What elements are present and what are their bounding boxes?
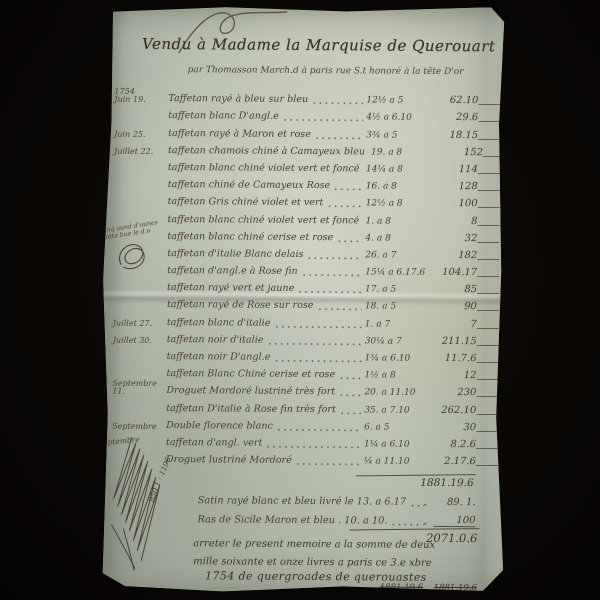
- row-amount: 8.2.6: [434, 439, 476, 450]
- ditto-mark: „: [423, 498, 428, 508]
- row-description: taffetan rayé vert et jaune: [167, 282, 294, 294]
- trailing-dash: [477, 236, 499, 244]
- row-date: Juillet 27.: [113, 319, 167, 327]
- row-description: taffetan rayé de Rose sur rose: [167, 299, 314, 311]
- row-description: taffetan rayé à Maron et rose: [168, 128, 311, 140]
- dot-leader: [338, 389, 361, 398]
- row-amount: 90: [435, 301, 477, 312]
- row-description: taffetan Gris chiné violet et vert: [168, 196, 324, 208]
- row-description: taffetan d'italie Blanc delais: [167, 248, 303, 260]
- row-amount: 12: [434, 370, 476, 381]
- dot-leader: [265, 440, 361, 450]
- row-description: taffetan d'angl.e à Rose fin: [167, 265, 298, 277]
- trailing-dash: [483, 150, 505, 158]
- ledger-row: Juillet 27.taffetan blanc d'italie1. a 7…: [113, 310, 499, 330]
- merchant-line: par Thomasson March.d à paris rue S.t ho…: [159, 65, 493, 77]
- ditto-mark: „: [423, 517, 428, 527]
- row-description: Droguet Mordoré lustriné très fort: [166, 385, 335, 397]
- extra-amount: 89. 1.: [434, 497, 476, 508]
- extra-desc: Ras de Sicile Maron et bleu . 10. a 10.: [197, 514, 387, 526]
- trailing-dash: [476, 459, 498, 467]
- row-description: taffetan noir d'italie: [167, 334, 264, 346]
- row-quantity-price: 1¼ a 6.10: [364, 439, 434, 449]
- row-description: taffetan blanc D'angl.e: [168, 110, 279, 122]
- dot-leader: [338, 371, 361, 380]
- row-amount: 114: [436, 164, 478, 175]
- row-quantity-price: 18. a 5: [365, 302, 435, 312]
- row-amount: 262.10: [434, 404, 476, 415]
- row-amount: 104.17: [435, 267, 477, 278]
- document-title: Vendu à Madame la Marquise de Querouart: [141, 35, 497, 55]
- subtotal-amount: 1881.19.6: [420, 477, 474, 489]
- dot-leader: [266, 337, 361, 347]
- trailing-dash: [478, 116, 500, 124]
- row-quantity-price: 4. a 8: [365, 233, 435, 243]
- ledger-row: Juin 25.taffetan rayé à Maron et rose3¾ …: [114, 121, 500, 141]
- row-quantity-price: 1. a 7: [365, 319, 435, 329]
- dot-leader: [336, 234, 362, 243]
- row-quantity-price: 20. a 11.10: [364, 388, 434, 398]
- dot-leader: [282, 113, 363, 123]
- trailing-dash: [476, 425, 498, 433]
- dot-leader: [276, 423, 361, 433]
- row-quantity-price: 19. a 8: [371, 147, 441, 157]
- row-description: taffetan blanc chiné violet vert et fonc…: [168, 214, 360, 226]
- dot-leader: [306, 251, 362, 260]
- row-description: taffetan chamois chiné à Camayeux bleu: [168, 145, 365, 157]
- row-amount: 230: [434, 387, 476, 398]
- ledger-row: taffetan rayé vert et jaune17. a 585: [113, 276, 499, 296]
- row-quantity-price: 26. a 7: [365, 250, 435, 260]
- dot-leader: [326, 199, 362, 208]
- row-amount: 29.6: [436, 112, 478, 123]
- trailing-dash: [478, 219, 500, 227]
- row-quantity-price: 6. a 5: [364, 422, 434, 432]
- row-description: taffetan D'italie à Rose fin très fort: [166, 403, 336, 415]
- trailing-dash: [478, 202, 500, 210]
- row-date: 1754 Juin 19.: [114, 88, 168, 104]
- trailing-dash: [478, 184, 500, 192]
- dot-leader: [362, 165, 363, 174]
- extra-row-satin: Satin rayé blanc et bleu livré le 13. a …: [198, 495, 476, 508]
- total-rule: [349, 528, 479, 530]
- row-quantity-price: 12½ a 8: [366, 199, 436, 209]
- row-quantity-price: 17. a 5: [365, 285, 435, 295]
- trailing-dash: [478, 98, 500, 106]
- row-amount: 62.10: [436, 95, 478, 106]
- row-quantity-price: 1½ a 8: [364, 371, 434, 381]
- row-description: Taffetan rayé à bleu sur bleu: [168, 93, 308, 105]
- row-amount: 85: [435, 284, 477, 295]
- row-date: Juin 25.: [114, 130, 168, 138]
- row-description: taffetan Blanc Chiné cerise et rose: [166, 368, 335, 380]
- trailing-dash: [477, 287, 499, 295]
- row-quantity-price: 12½ a 5: [366, 96, 436, 106]
- row-date: Septembre 11.: [112, 380, 166, 396]
- extra-amount: 100: [433, 515, 475, 527]
- struck-totals: 1881.19.6 1881.19.6: [372, 582, 477, 593]
- row-amount: 152: [441, 147, 483, 158]
- row-date: Juillet 30.: [113, 336, 167, 344]
- ledger-row: Juillet 22.taffetan chamois chiné à Cama…: [114, 138, 500, 158]
- row-amount: 182: [435, 250, 477, 261]
- trailing-dash: [478, 167, 500, 175]
- row-quantity-price: 1. a 8: [366, 216, 436, 226]
- row-quantity-price: 35. a 7.10: [364, 405, 434, 415]
- row-amount: 8: [436, 215, 478, 226]
- dot-leader: [339, 406, 361, 415]
- ledger-row: 1754 Juin 19.Taffetan rayé à bleu sur bl…: [114, 87, 500, 107]
- dot-leader: [362, 217, 363, 226]
- ledger-row: taffetan chiné de Camayeux Rose16. a 812…: [114, 173, 500, 193]
- ledger-row: Septembre 11.Droguet Mordoré lustriné tr…: [112, 379, 498, 399]
- manuscript-sheet: Vendu à Madame la Marquise de Querouart …: [101, 5, 507, 594]
- trailing-dash: [477, 339, 499, 347]
- dot-leader: [333, 182, 363, 191]
- trailing-dash: [477, 253, 499, 261]
- row-quantity-price: 1¾ a 6.10: [365, 353, 435, 363]
- trailing-dash: [476, 408, 498, 416]
- ledger-row: taffetan blanc D'angl.e4½ a 6.1029.6: [114, 104, 500, 124]
- dot-leader: [297, 285, 362, 294]
- row-description: taffetan blanc chiné violet vert et fonc…: [168, 162, 360, 174]
- row-description: taffetan blanc d'italie: [167, 317, 271, 329]
- dot-leader: [314, 131, 363, 140]
- trailing-dash: [477, 322, 499, 330]
- row-amount: 11.7.6: [435, 353, 477, 364]
- row-amount: 30: [434, 422, 476, 433]
- trailing-dash: [477, 270, 499, 278]
- row-quantity-price: 4½ a 6.10: [366, 113, 436, 123]
- row-description: taffetan blanc chiné cerise et rose: [167, 231, 333, 243]
- row-quantity-price: ¼ a 11.10: [364, 457, 434, 467]
- dot-leader: [409, 499, 420, 508]
- ledger-rows: 1754 Juin 19.Taffetan rayé à bleu sur bl…: [112, 87, 501, 468]
- row-description: taffetan chiné de Camayeux Rose: [168, 179, 331, 191]
- row-quantity-price: 15¼ a 6.17.6: [365, 267, 435, 277]
- dot-leader: [391, 518, 420, 527]
- dot-leader: [295, 457, 361, 466]
- trailing-dash: [476, 442, 498, 450]
- row-description: taffetan noir D'angl.e: [167, 351, 271, 363]
- extra-row-ras: Ras de Sicile Maron et bleu . 10. a 10. …: [197, 513, 475, 527]
- paraph-flourish-icon: [113, 239, 153, 273]
- row-date: Juillet 22.: [114, 147, 168, 155]
- ledger-row: taffetan rayé de Rose sur rose18. a 590: [113, 293, 499, 313]
- subtotal-rule: [356, 474, 476, 476]
- row-amount: 128: [436, 181, 478, 192]
- struck-total-1: 1881.19.6: [380, 583, 423, 593]
- row-quantity-price: 14¼ a 8: [366, 164, 436, 174]
- ledger-row: Juillet 30.taffetan noir d'italie30¼ a 7…: [113, 327, 499, 347]
- row-amount: 2.17.6: [434, 456, 476, 467]
- ledger-row: taffetan noir D'angl.e1¾ a 6.1011.7.6: [113, 344, 499, 364]
- trailing-dash: [478, 133, 500, 141]
- closing-line-1: arreter le present memoire a la somme de…: [193, 535, 493, 554]
- row-quantity-price: 30¼ a 7: [365, 336, 435, 346]
- ledger-row: taffetan blanc chiné cerise et rose4. a …: [113, 224, 499, 244]
- row-quantity-price: 16. a 8: [366, 182, 436, 192]
- trailing-dash: [476, 373, 498, 381]
- dot-leader: [273, 319, 361, 329]
- extra-desc: Satin rayé blanc et bleu livré le 13. a …: [198, 495, 407, 507]
- ledger-row: taffetan d'italie Blanc delais26. a 7182: [113, 241, 499, 261]
- dot-leader: [316, 303, 362, 312]
- ledger-row: taffetan blanc chiné violet vert et fonc…: [114, 207, 500, 227]
- trailing-dash: [477, 305, 499, 313]
- row-amount: 7: [435, 319, 477, 330]
- row-quantity-price: 3¾ a 5: [366, 130, 436, 140]
- dot-leader: [273, 354, 361, 364]
- ledger-row: taffetan d'angl.e à Rose fin15¼ a 6.17.6…: [113, 259, 499, 279]
- ledger-row: taffetan D'italie à Rose fin très fort35…: [112, 396, 498, 416]
- row-amount: 100: [436, 198, 478, 209]
- ledger-row: taffetan Blanc Chiné cerise et rose1½ a …: [112, 362, 498, 382]
- row-amount: 18.15: [436, 129, 478, 140]
- trailing-dash: [477, 356, 499, 364]
- receipt-scribble-icon: [101, 429, 198, 580]
- ledger-row: taffetan Gris chiné violet et vert12½ a …: [114, 190, 500, 210]
- trailing-dash: [476, 391, 498, 399]
- row-amount: 32: [435, 233, 477, 244]
- ledger-row: taffetan blanc chiné violet vert et fonc…: [114, 155, 500, 175]
- dot-leader: [301, 268, 363, 277]
- struck-total-2: 1881.19.6: [434, 583, 477, 593]
- dot-leader: [311, 96, 363, 105]
- row-amount: 211.15: [435, 336, 477, 347]
